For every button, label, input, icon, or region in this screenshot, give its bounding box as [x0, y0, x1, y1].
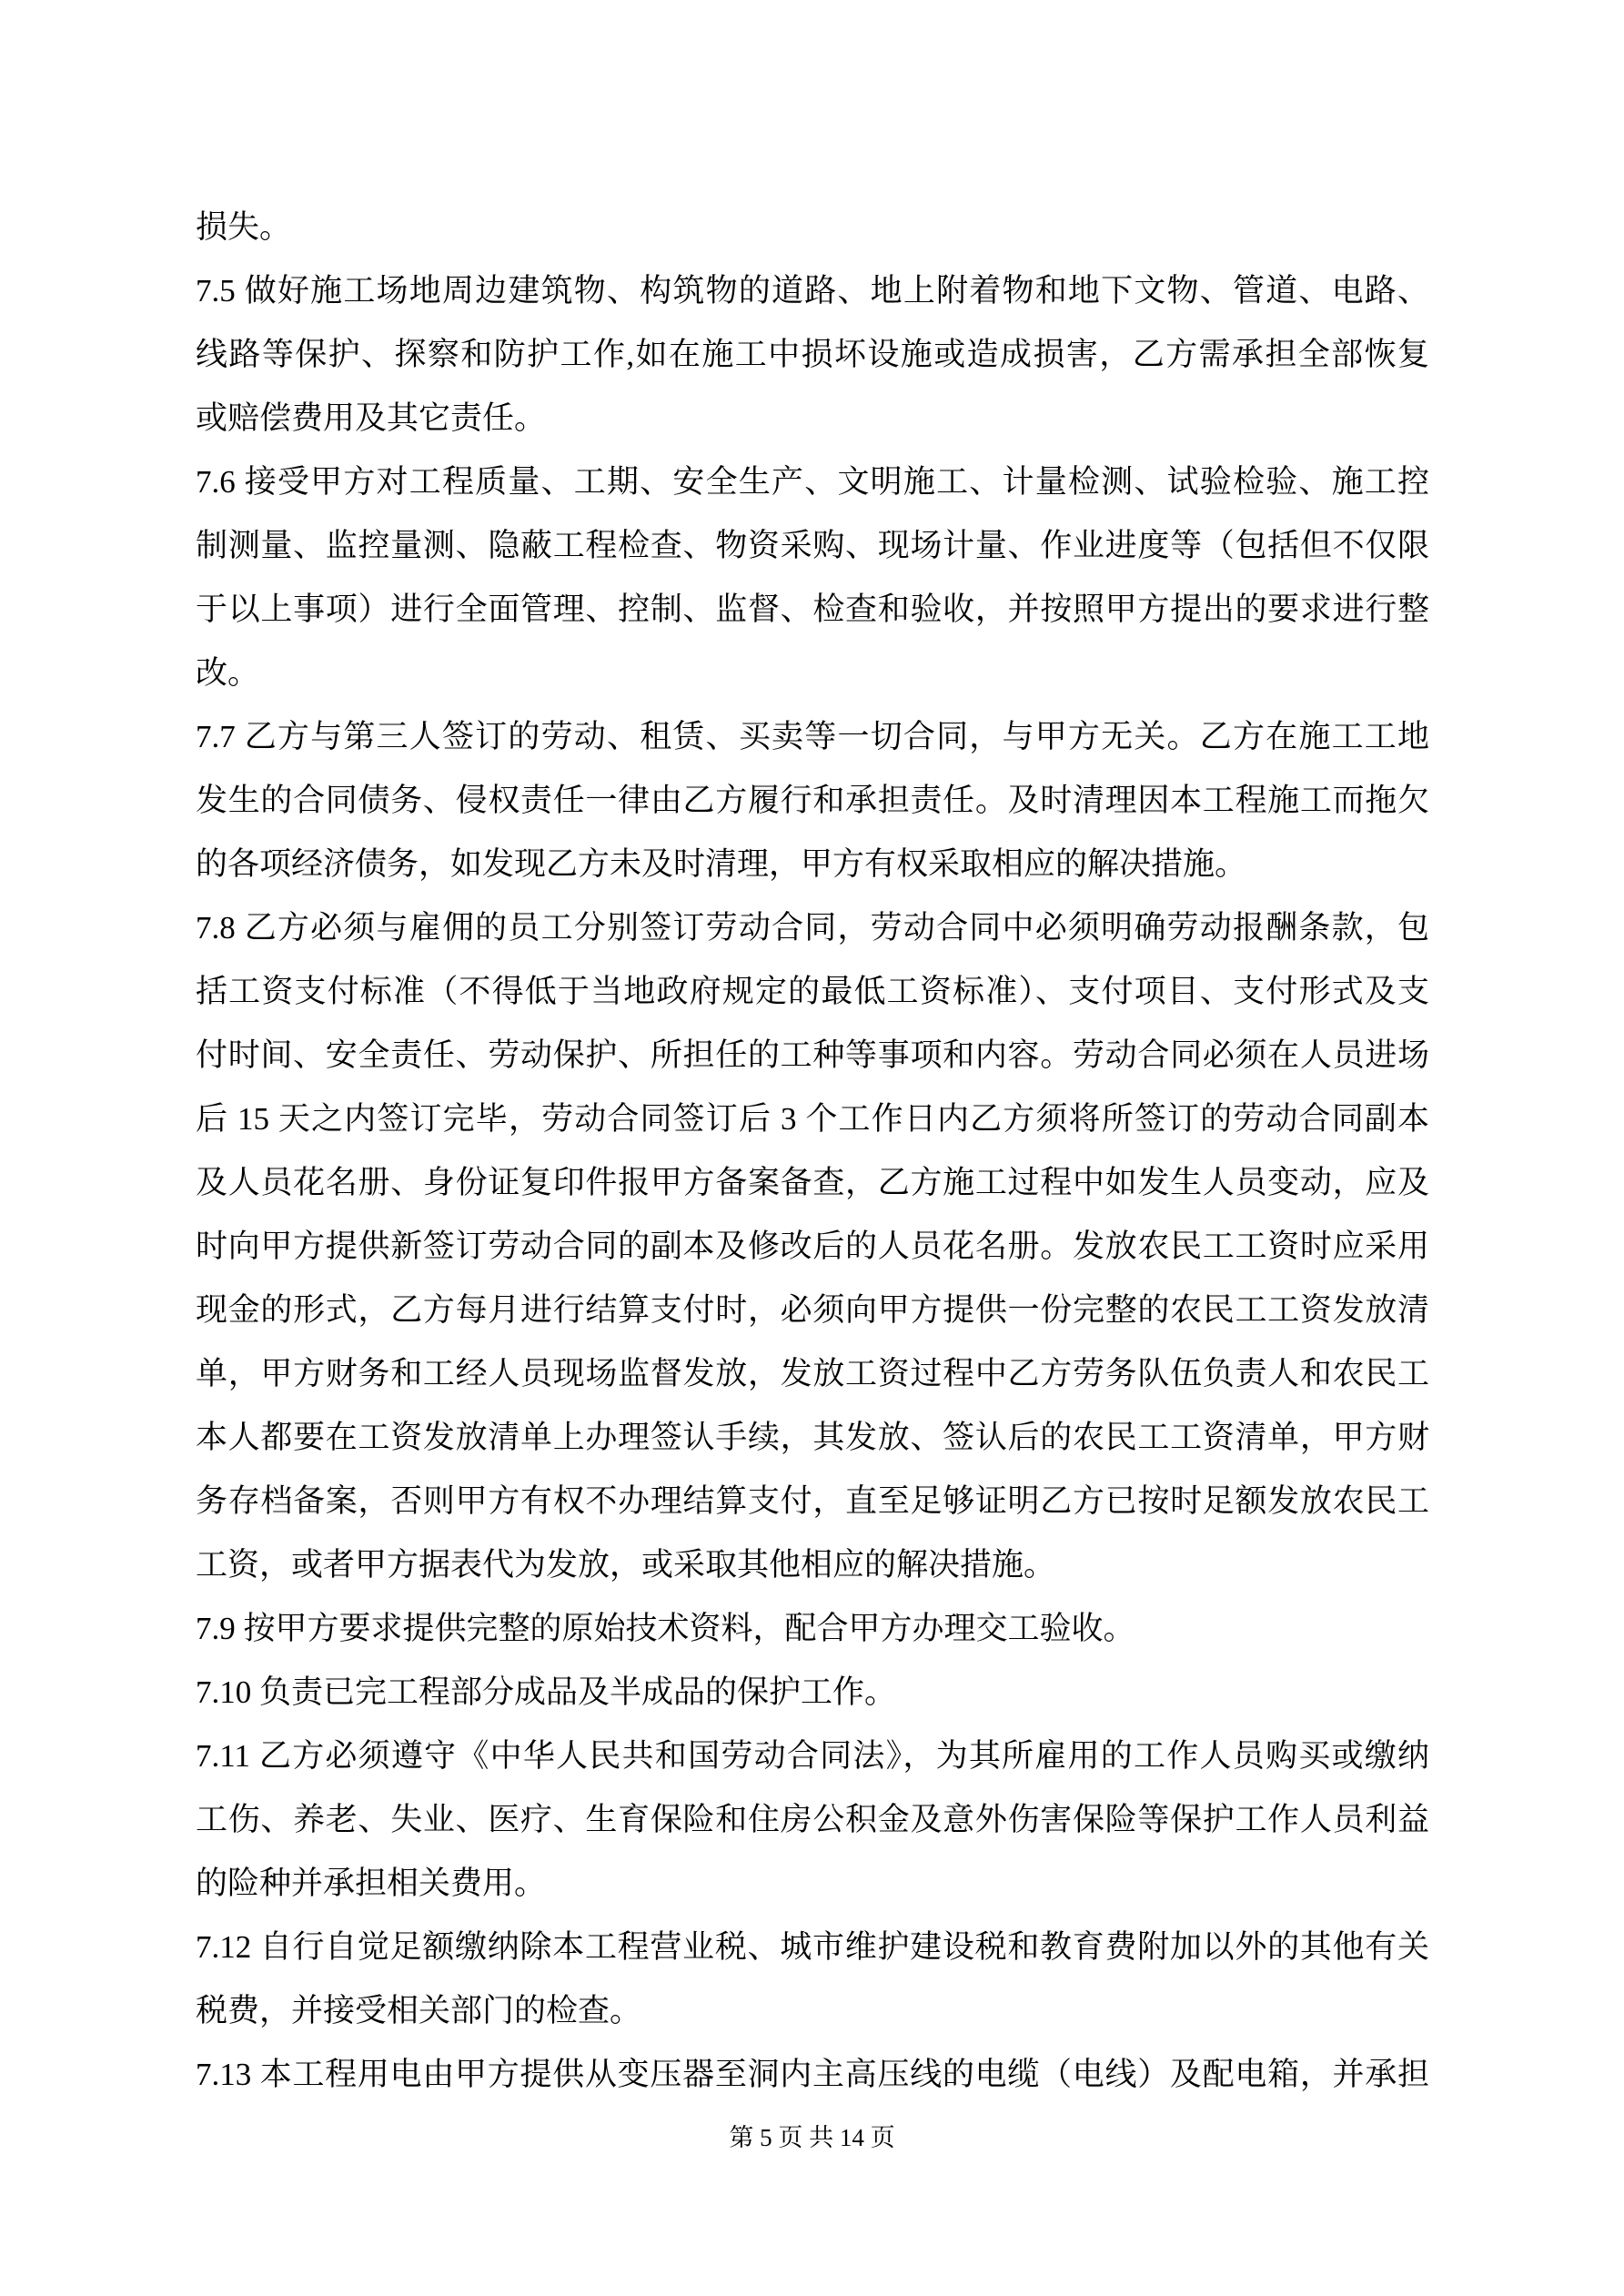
clause-7-12-line-1: 7.12 自行自觉足额缴纳除本工程营业税、城市维护建设税和教育费附加以外的其他有… [196, 1916, 1429, 1979]
clause-7-10-line-1: 7.10 负责已完工程部分成品及半成品的保护工作。 [196, 1661, 1429, 1725]
clause-7-8-line-2: 括工资支付标准（不得低于当地政府规定的最低工资标准）、支付项目、支付形式及支 [196, 960, 1429, 1024]
clause-7-11-line-3: 的险种并承担相关费用。 [196, 1852, 1429, 1916]
clause-7-6-line-3: 于以上事项）进行全面管理、控制、监督、检查和验收，并按照甲方提出的要求进行整 [196, 578, 1429, 642]
clause-7-8-line-8: 单，甲方财务和工经人员现场监督发放，发放工资过程中乙方劳务队伍负责人和农民工 [196, 1342, 1429, 1406]
clause-7-12-line-2: 税费，并接受相关部门的检查。 [196, 1979, 1429, 2043]
clause-7-8-line-11: 工资，或者甲方据表代为发放，或采取其他相应的解决措施。 [196, 1533, 1429, 1597]
clause-7-9-line-1: 7.9 按甲方要求提供完整的原始技术资料，配合甲方办理交工验收。 [196, 1597, 1429, 1661]
clause-7-8-line-3: 付时间、安全责任、劳动保护、所担任的工种等事项和内容。劳动合同必须在人员进场 [196, 1024, 1429, 1087]
clause-7-7-line-3: 的各项经济债务，如发现乙方未及时清理，甲方有权采取相应的解决措施。 [196, 833, 1429, 896]
clause-7-5-line-3: 或赔偿费用及其它责任。 [196, 387, 1429, 450]
clause-7-6-line-2: 制测量、监控量测、隐蔽工程检查、物资采购、现场计量、作业进度等（包括但不仅限 [196, 514, 1429, 578]
clause-7-8-line-4: 后 15 天之内签订完毕，劳动合同签订后 3 个工作日内乙方须将所签订的劳动合同… [196, 1087, 1429, 1151]
clause-7-5-line-2: 线路等保护、探察和防护工作,如在施工中损坏设施或造成损害，乙方需承担全部恢复 [196, 323, 1429, 387]
clause-7-8-line-10: 务存档备案，否则甲方有权不办理结算支付，直至足够证明乙方已按时足额发放农民工 [196, 1470, 1429, 1533]
document-page: 损失。7.5 做好施工场地周边建筑物、构筑物的道路、地上附着物和地下文物、管道、… [0, 0, 1624, 2296]
document-body: 损失。7.5 做好施工场地周边建筑物、构筑物的道路、地上附着物和地下文物、管道、… [196, 196, 1429, 2107]
clause-7-6-line-4: 改。 [196, 642, 1429, 705]
clause-7-6-line-1: 7.6 接受甲方对工程质量、工期、安全生产、文明施工、计量检测、试验检验、施工控 [196, 450, 1429, 514]
clause-7-8-line-6: 时向甲方提供新签订劳动合同的副本及修改后的人员花名册。发放农民工工资时应采用 [196, 1215, 1429, 1279]
clause-7-8-line-9: 本人都要在工资发放清单上办理签认手续，其发放、签认后的农民工工资清单，甲方财 [196, 1406, 1429, 1470]
clause-7-11-line-1: 7.11 乙方必须遵守《中华人民共和国劳动合同法》，为其所雇用的工作人员购买或缴… [196, 1725, 1429, 1788]
clause-prev-continuation-line-1: 损失。 [196, 196, 1429, 259]
clause-7-5-line-1: 7.5 做好施工场地周边建筑物、构筑物的道路、地上附着物和地下文物、管道、电路、 [196, 259, 1429, 323]
clause-7-8-line-5: 及人员花名册、身份证复印件报甲方备案备查，乙方施工过程中如发生人员变动，应及 [196, 1151, 1429, 1215]
page-footer: 第 5 页 共 14 页 [0, 2122, 1624, 2153]
clause-7-13-line-1: 7.13 本工程用电由甲方提供从变压器至洞内主高压线的电缆（电线）及配电箱，并承… [196, 2043, 1429, 2107]
clause-7-11-line-2: 工伤、养老、失业、医疗、生育保险和住房公积金及意外伤害保险等保护工作人员利益 [196, 1788, 1429, 1852]
clause-7-8-line-7: 现金的形式，乙方每月进行结算支付时，必须向甲方提供一份完整的农民工工资发放清 [196, 1279, 1429, 1342]
clause-7-7-line-1: 7.7 乙方与第三人签订的劳动、租赁、买卖等一切合同，与甲方无关。乙方在施工工地 [196, 705, 1429, 769]
page-number-text: 第 5 页 共 14 页 [729, 2124, 894, 2151]
clause-7-8-line-1: 7.8 乙方必须与雇佣的员工分别签订劳动合同，劳动合同中必须明确劳动报酬条款，包 [196, 896, 1429, 960]
clause-7-7-line-2: 发生的合同债务、侵权责任一律由乙方履行和承担责任。及时清理因本工程施工而拖欠 [196, 769, 1429, 833]
